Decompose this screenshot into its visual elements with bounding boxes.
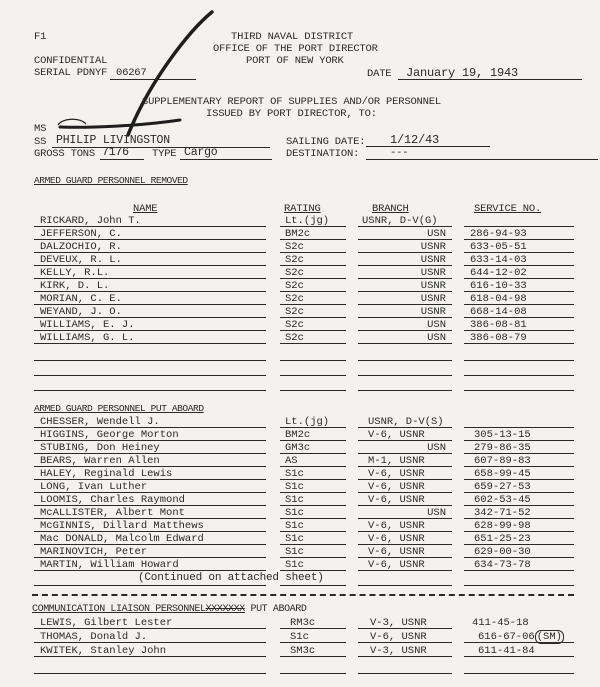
- person-branch: V-6, USNR: [358, 533, 452, 545]
- person-name: [34, 364, 266, 376]
- ship-type: Cargo: [180, 147, 272, 160]
- column-header-rating: RATING: [284, 203, 321, 215]
- person-service-no: 628-99-98: [464, 520, 574, 532]
- person-rating: [280, 662, 346, 674]
- person-branch: V-6, USNR: [358, 429, 452, 441]
- person-name: [34, 379, 266, 391]
- table-row: McGINNIS, Dillard Matthews S1c V-6, USNR…: [0, 520, 600, 533]
- gross-tons-label: GROSS TONS: [34, 148, 95, 160]
- table-row: LOOMIS, Charles Raymond S1c V-6, USNR 60…: [0, 494, 600, 507]
- person-name: McALLISTER, Albert Mont: [34, 507, 266, 519]
- person-rating: [280, 677, 346, 687]
- table-row: JEFFERSON, C. BM2c USN 286-94-93: [0, 228, 600, 241]
- service-note-circled: (SM): [535, 630, 564, 644]
- person-rating: S1c: [280, 507, 346, 519]
- person-branch: USNR: [358, 254, 452, 266]
- table-row: HALEY, Reginald Lewis S1c V-6, USNR 658-…: [0, 468, 600, 481]
- person-service-no: 611-41-84: [464, 645, 574, 657]
- table-row: LONG, Ivan Luther S1c V-6, USNR 659-27-5…: [0, 481, 600, 494]
- person-branch: [358, 364, 452, 376]
- person-branch: V-6, USNR: [358, 559, 452, 571]
- person-name: JEFFERSON, C.: [34, 228, 266, 240]
- person-branch: USN: [358, 319, 452, 331]
- table-row: DEVEUX, R. L. S2c USNR 633-14-03: [0, 254, 600, 267]
- person-branch: USN: [358, 228, 452, 240]
- gross-tons-value: 7176: [100, 147, 144, 160]
- person-service-no: 286-94-93: [464, 228, 574, 240]
- person-name: KWITEK, Stanley John: [34, 645, 266, 657]
- person-rating: S2c: [280, 306, 346, 318]
- person-branch: [358, 662, 452, 674]
- person-service-no: [464, 662, 574, 674]
- person-branch: V-6, USNR: [358, 546, 452, 558]
- person-rating: S1c: [280, 468, 346, 480]
- person-name: MARTIN, William Howard: [34, 559, 266, 571]
- person-service-no: 386-08-79: [464, 332, 574, 344]
- person-service-no: [464, 416, 574, 428]
- table-row: KWITEK, Stanley John SM3c V-3, USNR 611-…: [0, 645, 600, 658]
- table-row: WILLIAMS, E. J. S2c USN 386-08-81: [0, 319, 600, 332]
- person-branch: USN: [358, 442, 452, 454]
- date-label: DATE: [367, 68, 391, 80]
- person-service-no: 633-05-51: [464, 241, 574, 253]
- person-rating: BM2c: [280, 228, 346, 240]
- person-name: [34, 662, 266, 674]
- person-rating: RM3c: [280, 617, 346, 629]
- table-row: McALLISTER, Albert Mont S1c USN 342-71-5…: [0, 507, 600, 520]
- person-service-no: 633-14-03: [464, 254, 574, 266]
- table-row: WEYAND, J. O. S2c USNR 668-14-08: [0, 306, 600, 319]
- person-service-no: 659-27-53: [464, 481, 574, 493]
- person-service-no: 616-67-06(SM): [464, 631, 574, 643]
- report-title-line-2: ISSUED BY PORT DIRECTOR, TO:: [206, 108, 377, 120]
- person-service-no: 634-73-78: [464, 559, 574, 571]
- person-service-no: 305-13-15: [464, 429, 574, 441]
- person-service-no: 411-45-18: [464, 617, 574, 629]
- communication-title-prefix: COMMUNICATION LIAISON PERSONNEL: [32, 604, 206, 615]
- person-service-no: 602-53-45: [464, 494, 574, 506]
- person-name: [34, 677, 266, 687]
- person-name: WILLIAMS, E. J.: [34, 319, 266, 331]
- serial-number: 06267: [110, 67, 196, 80]
- person-rating: S1c: [280, 631, 346, 643]
- person-rating: S1c: [280, 559, 346, 571]
- table-row: HIGGINS, George Morton BM2c V-6, USNR 30…: [0, 429, 600, 442]
- person-service-no: [464, 379, 574, 391]
- section-title-put-aboard: ARMED GUARD PERSONNEL PUT ABOARD: [34, 403, 204, 415]
- person-branch: V-6, USNR: [358, 481, 452, 493]
- table-row: MORIAN, C. E. S2c USNR 618-04-98: [0, 293, 600, 306]
- column-header-name: NAME: [133, 203, 157, 215]
- report-date: January 19, 1943: [398, 67, 582, 80]
- person-rating: S1c: [280, 494, 346, 506]
- section-title-communication: COMMUNICATION LIAISON PERSONNELXXXXXXX P…: [32, 604, 306, 616]
- person-name: BEARS, Warren Allen: [34, 455, 266, 467]
- person-rating: SM3c: [280, 645, 346, 657]
- person-branch: USNR, D-V(S): [358, 416, 452, 428]
- person-service-no: 618-04-98: [464, 293, 574, 305]
- person-branch: USNR: [358, 241, 452, 253]
- serial-label: SERIAL PDNYF: [34, 67, 107, 79]
- person-branch: [358, 349, 452, 361]
- table-row-blank: [0, 364, 600, 377]
- person-branch: USNR: [358, 293, 452, 305]
- person-rating: Lt.(jg): [280, 416, 346, 428]
- person-branch: M-1, USNR: [358, 455, 452, 467]
- person-name: LONG, Ivan Luther: [34, 481, 266, 493]
- person-branch: USN: [358, 332, 452, 344]
- column-header-service-no: SERVICE NO.: [474, 203, 541, 215]
- person-name: STUBING, Don Heiney: [34, 442, 266, 454]
- person-name: CHESSER, Wendell J.: [34, 416, 266, 428]
- org-line-2: OFFICE OF THE PORT DIRECTOR: [213, 43, 378, 55]
- person-name: MORIAN, C. E.: [34, 293, 266, 305]
- table-row: RICKARD, John T. Lt.(jg) USNR, D-V(G): [0, 215, 600, 228]
- person-rating: [280, 364, 346, 376]
- person-branch: [358, 677, 452, 687]
- person-branch: USNR: [358, 306, 452, 318]
- person-branch: V-6, USNR: [358, 468, 452, 480]
- person-name: MARINOVICH, Peter: [34, 546, 266, 558]
- person-rating: S2c: [280, 319, 346, 331]
- person-rating: S2c: [280, 332, 346, 344]
- person-branch: USNR: [358, 280, 452, 292]
- person-name: WILLIAMS, G. L.: [34, 332, 266, 344]
- person-service-no: 616-10-33: [464, 280, 574, 292]
- org-line-3: PORT OF NEW YORK: [246, 55, 344, 67]
- report-title-line-1: SUPPLEMENTARY REPORT OF SUPPLIES AND/OR …: [142, 96, 441, 108]
- person-rating: BM2c: [280, 429, 346, 441]
- table-row: THOMAS, Donald J. S1c V-6, USNR 616-67-0…: [0, 631, 600, 644]
- table-row: DALZOCHIO, R. S2c USNR 633-05-51: [0, 241, 600, 254]
- person-branch: USNR, D-V(G): [358, 215, 452, 227]
- table-row-blank: [0, 662, 600, 675]
- person-branch: V-3, USNR: [358, 645, 452, 657]
- person-name: WEYAND, J. O.: [34, 306, 266, 318]
- table-row-blank: [0, 677, 600, 687]
- person-service-no: 644-12-02: [464, 267, 574, 279]
- person-name: Mac DONALD, Malcolm Edward: [34, 533, 266, 545]
- person-rating: S2c: [280, 254, 346, 266]
- person-name: HIGGINS, George Morton: [34, 429, 266, 441]
- sailing-date: 1/12/43: [366, 134, 490, 147]
- person-rating: AS: [280, 455, 346, 467]
- person-rating: S1c: [280, 546, 346, 558]
- table-row: BEARS, Warren Allen AS M-1, USNR 607-89-…: [0, 455, 600, 468]
- person-branch: V-6, USNR: [358, 520, 452, 532]
- person-service-no: 629-00-30: [464, 546, 574, 558]
- person-rating: [280, 379, 346, 391]
- table-row: KIRK, D. L. S2c USNR 616-10-33: [0, 280, 600, 293]
- table-row-blank: [0, 379, 600, 392]
- table-row: LEWIS, Gilbert Lester RM3c V-3, USNR 411…: [0, 617, 600, 630]
- person-rating: S1c: [280, 520, 346, 532]
- destination-label: DESTINATION:: [286, 148, 359, 160]
- person-service-no: [464, 677, 574, 687]
- person-name: THOMAS, Donald J.: [34, 631, 266, 643]
- continued-note: (Continued on attached sheet): [138, 572, 324, 584]
- ss-label: SS: [34, 136, 46, 148]
- person-service-no: 342-71-52: [464, 507, 574, 519]
- table-row: CHESSER, Wendell J. Lt.(jg) USNR, D-V(S): [0, 416, 600, 429]
- person-branch: USNR: [358, 267, 452, 279]
- person-service-no: 386-08-81: [464, 319, 574, 331]
- person-service-no: 279-86-35: [464, 442, 574, 454]
- column-header-branch: BRANCH: [372, 203, 409, 215]
- person-branch: [358, 379, 452, 391]
- person-name: LEWIS, Gilbert Lester: [34, 617, 266, 629]
- person-name: KELLY, R.L.: [34, 267, 266, 279]
- table-row: Mac DONALD, Malcolm Edward S1c V-6, USNR…: [0, 533, 600, 546]
- table-row: STUBING, Don Heiney GM3c USN 279-86-35: [0, 442, 600, 455]
- table-row: MARINOVICH, Peter S1c V-6, USNR 629-00-3…: [0, 546, 600, 559]
- person-rating: S2c: [280, 241, 346, 253]
- person-service-no: [464, 215, 574, 227]
- person-rating: Lt.(jg): [280, 215, 346, 227]
- org-line-1: THIRD NAVAL DISTRICT: [231, 31, 353, 43]
- person-rating: S1c: [280, 481, 346, 493]
- person-name: KIRK, D. L.: [34, 280, 266, 292]
- person-name: DALZOCHIO, R.: [34, 241, 266, 253]
- person-branch: [358, 574, 452, 586]
- person-rating: [280, 349, 346, 361]
- service-number: 616-67-06: [478, 631, 535, 643]
- communication-title-suffix: PUT ABOARD: [250, 604, 306, 615]
- table-row: KELLY, R.L. S2c USNR 644-12-02: [0, 267, 600, 280]
- person-rating: S1c: [280, 533, 346, 545]
- person-rating: S2c: [280, 280, 346, 292]
- person-branch: USN: [358, 507, 452, 519]
- person-name: LOOMIS, Charles Raymond: [34, 494, 266, 506]
- table-row-blank: [0, 349, 600, 362]
- person-name: McGINNIS, Dillard Matthews: [34, 520, 266, 532]
- destination-value: ---: [366, 147, 598, 160]
- person-name: DEVEUX, R. L.: [34, 254, 266, 266]
- person-branch: V-6, USNR: [358, 494, 452, 506]
- classification-label: CONFIDENTIAL: [34, 55, 107, 67]
- person-rating: GM3c: [280, 442, 346, 454]
- person-rating: S2c: [280, 293, 346, 305]
- person-branch: V-6, USNR: [358, 631, 452, 643]
- table-row: WILLIAMS, G. L. S2c USN 386-08-79: [0, 332, 600, 345]
- person-rating: S2c: [280, 267, 346, 279]
- person-service-no: [464, 349, 574, 361]
- section-title-removed: ARMED GUARD PERSONNEL REMOVED: [34, 175, 188, 187]
- person-name: RICKARD, John T.: [34, 215, 266, 227]
- person-service-no: 658-99-45: [464, 468, 574, 480]
- table-row: MARTIN, William Howard S1c V-6, USNR 634…: [0, 559, 600, 572]
- person-service-no: [464, 364, 574, 376]
- type-label: TYPE: [152, 148, 176, 160]
- struck-out-text: XXXXXXX: [206, 604, 245, 615]
- person-branch: V-3, USNR: [358, 617, 452, 629]
- ms-label: MS: [34, 123, 46, 135]
- sailing-date-label: SAILING DATE:: [286, 136, 365, 148]
- person-name: [34, 349, 266, 361]
- file-mark: F1: [34, 31, 46, 43]
- person-service-no: 607-89-83: [464, 455, 574, 467]
- section-divider: [32, 594, 574, 596]
- person-service-no: 668-14-08: [464, 306, 574, 318]
- person-service-no: 651-25-23: [464, 533, 574, 545]
- person-name: HALEY, Reginald Lewis: [34, 468, 266, 480]
- person-service-no: [464, 574, 574, 586]
